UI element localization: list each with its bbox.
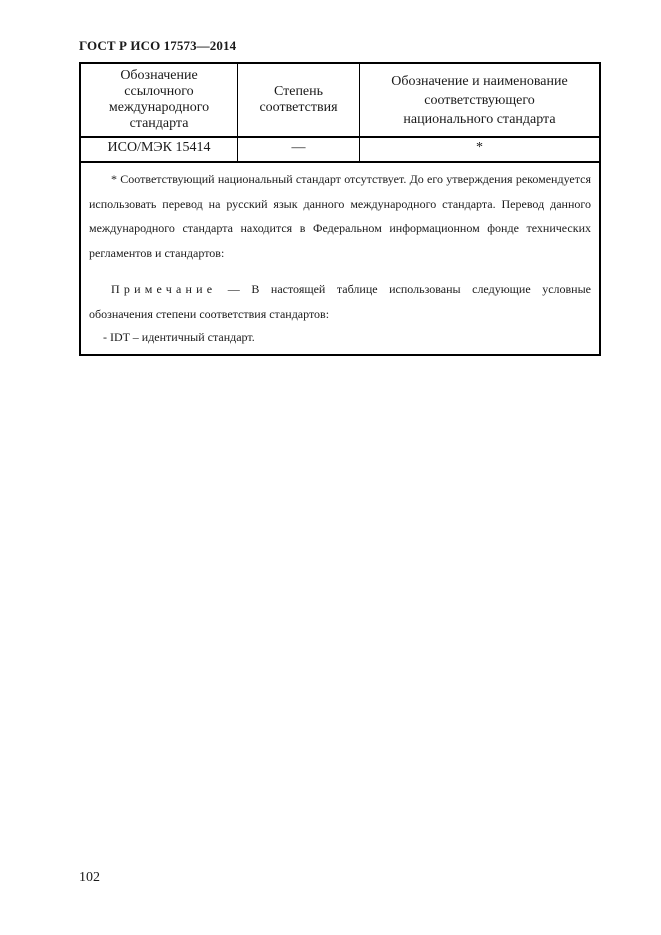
header-line: соответствующего [391,91,567,110]
column-header-national-standard: Обозначение и наименование соответствующ… [360,64,599,136]
header-line: Обозначение [109,68,209,84]
column-header-degree: Степень соответствия [238,64,360,136]
header-line: Степень [259,84,337,100]
header-line: ссылочного [109,84,209,100]
header-line: соответствия [259,100,337,116]
document-header: ГОСТ Р ИСО 17573—2014 [79,38,236,54]
header-line: Обозначение и наименование [391,72,567,91]
cell-reference-standard: ИСО/МЭК 15414 [81,138,238,161]
cell-national-standard: * [360,138,599,161]
references-table: Обозначение ссылочного международного ст… [79,62,601,356]
legend-item-idt: - IDT – идентичный стандарт. [89,326,591,348]
column-header-reference-standard: Обозначение ссылочного международного ст… [81,64,238,136]
cell-degree: — [238,138,360,161]
header-line: национального стандарта [391,110,567,129]
note: Примечание — В настоящей таблице использ… [89,277,591,326]
header-line: международного [109,100,209,116]
header-line: стандарта [109,116,209,132]
note-label: Примечание [111,282,216,296]
table-row: ИСО/МЭК 15414 — * [81,138,599,163]
table-footer: * Соответствующий национальный стандарт … [81,163,599,354]
footnote: * Соответствующий национальный стандарт … [89,167,591,265]
page-number: 102 [79,870,100,886]
table-header-row: Обозначение ссылочного международного ст… [81,64,599,138]
